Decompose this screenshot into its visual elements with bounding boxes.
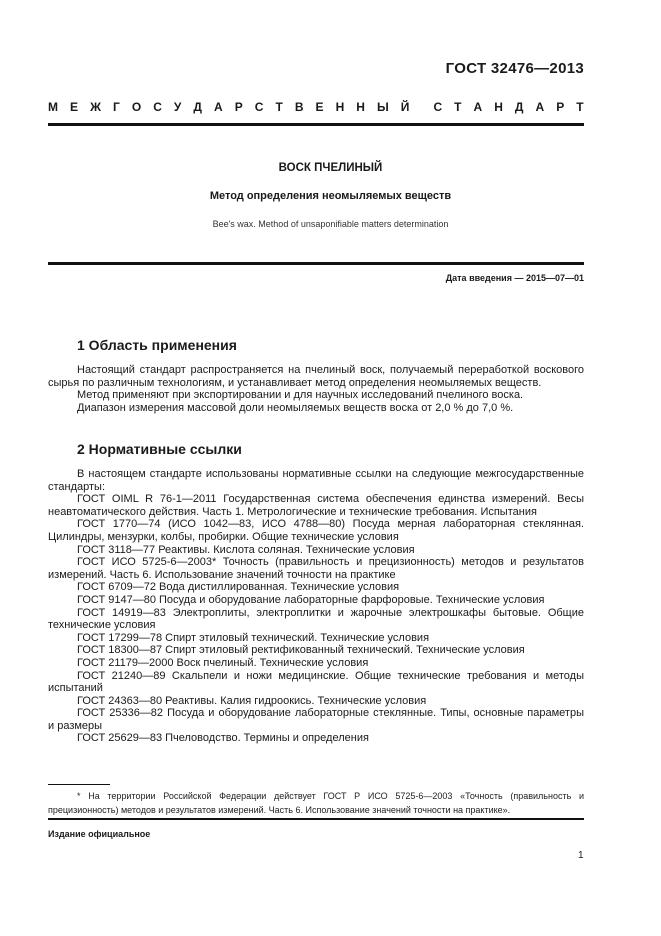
title-rule — [48, 262, 584, 265]
interstate-standard-banner: МЕЖГОСУДАРСТВЕННЫЙ СТАНДАРТ — [48, 100, 584, 114]
reference-item: ГОСТ 6709—72 Вода дистиллированная. Техн… — [48, 581, 584, 594]
banner-letter: Е — [316, 100, 324, 114]
footnote: * На территории Российской Федерации дей… — [48, 789, 584, 817]
banner-letter: Г — [113, 100, 120, 114]
banner-letter: Т — [454, 100, 461, 114]
section-body-scope: Настоящий стандарт распространяется на п… — [48, 364, 584, 414]
footnote-text: * На территории Российской Федерации дей… — [48, 789, 584, 817]
reference-item: ГОСТ 9147—80 Посуда и оборудование лабор… — [48, 594, 584, 607]
banner-letter: Т — [275, 100, 282, 114]
banner-letter: Р — [556, 100, 564, 114]
banner-letter: Д — [193, 100, 202, 114]
banner-letter: М — [48, 100, 58, 114]
banner-letter: Н — [494, 100, 503, 114]
official-edition-label: Издание официальное — [48, 829, 150, 839]
banner-letter: А — [536, 100, 545, 114]
banner-letter: А — [474, 100, 483, 114]
banner-letter: Д — [515, 100, 524, 114]
footer-rule — [48, 818, 584, 820]
reference-item: ГОСТ 17299—78 Спирт этиловый технический… — [48, 632, 584, 645]
document-subtitle: Метод определения неомыляемых веществ — [0, 190, 661, 202]
reference-item: ГОСТ 14919—83 Электроплиты, электроплитк… — [48, 607, 584, 632]
document-code: ГОСТ 32476—2013 — [446, 60, 584, 77]
document-title: ВОСК ПЧЕЛИНЫЙ — [0, 162, 661, 174]
banner-letter: С — [153, 100, 162, 114]
banner-letter: Т — [576, 100, 583, 114]
banner-letter: О — [132, 100, 141, 114]
banner-letter: С — [255, 100, 264, 114]
reference-item: ГОСТ 21240—89 Скальпели и ножи медицинск… — [48, 670, 584, 695]
reference-item: ГОСТ 18300—87 Спирт этиловый ректификова… — [48, 644, 584, 657]
reference-item: ГОСТ ИСО 5725-6—2003* Точность (правильн… — [48, 556, 584, 581]
reference-item: ГОСТ 25629—83 Пчеловодство. Термины и оп… — [48, 732, 584, 745]
section-body-normative-references: В настоящем стандарте использованы норма… — [48, 468, 584, 745]
banner-letter: Й — [401, 100, 410, 114]
banner-letter: Н — [336, 100, 345, 114]
footnote-rule — [48, 784, 110, 785]
header-rule — [48, 123, 584, 126]
reference-item: ГОСТ 24363—80 Реактивы. Калия гидроокись… — [48, 695, 584, 708]
reference-item: ГОСТ 1770—74 (ИСО 1042—83, ИСО 4788—80) … — [48, 518, 584, 543]
banner-letter: Р — [235, 100, 243, 114]
paragraph: В настоящем стандарте использованы норма… — [48, 468, 584, 493]
english-title: Bee's wax. Method of unsaponifiable matt… — [0, 219, 661, 229]
section-heading-normative-references: 2 Нормативные ссылки — [77, 441, 242, 457]
paragraph: Метод применяют при экспортировании и дл… — [48, 389, 584, 402]
banner-letter: С — [433, 100, 442, 114]
reference-item: ГОСТ OIML R 76-1—2011 Государственная си… — [48, 493, 584, 518]
paragraph: Настоящий стандарт распространяется на п… — [48, 364, 584, 389]
banner-letter: У — [174, 100, 181, 114]
banner-letter: Ж — [90, 100, 101, 114]
banner-letter: А — [214, 100, 223, 114]
reference-item: ГОСТ 21179—2000 Воск пчелиный. Техническ… — [48, 657, 584, 670]
reference-item: ГОСТ 25336—82 Посуда и оборудование лабо… — [48, 707, 584, 732]
banner-letter: Ы — [377, 100, 389, 114]
banner-letter: Н — [356, 100, 365, 114]
page-number: 1 — [578, 850, 584, 861]
banner-letter: В — [295, 100, 304, 114]
section-heading-scope: 1 Область применения — [77, 337, 237, 353]
reference-item: ГОСТ 3118—77 Реактивы. Кислота соляная. … — [48, 544, 584, 557]
introduction-date: Дата введения — 2015—07—01 — [446, 273, 584, 283]
banner-letter: Е — [70, 100, 78, 114]
paragraph: Диапазон измерения массовой доли неомыля… — [48, 402, 584, 415]
